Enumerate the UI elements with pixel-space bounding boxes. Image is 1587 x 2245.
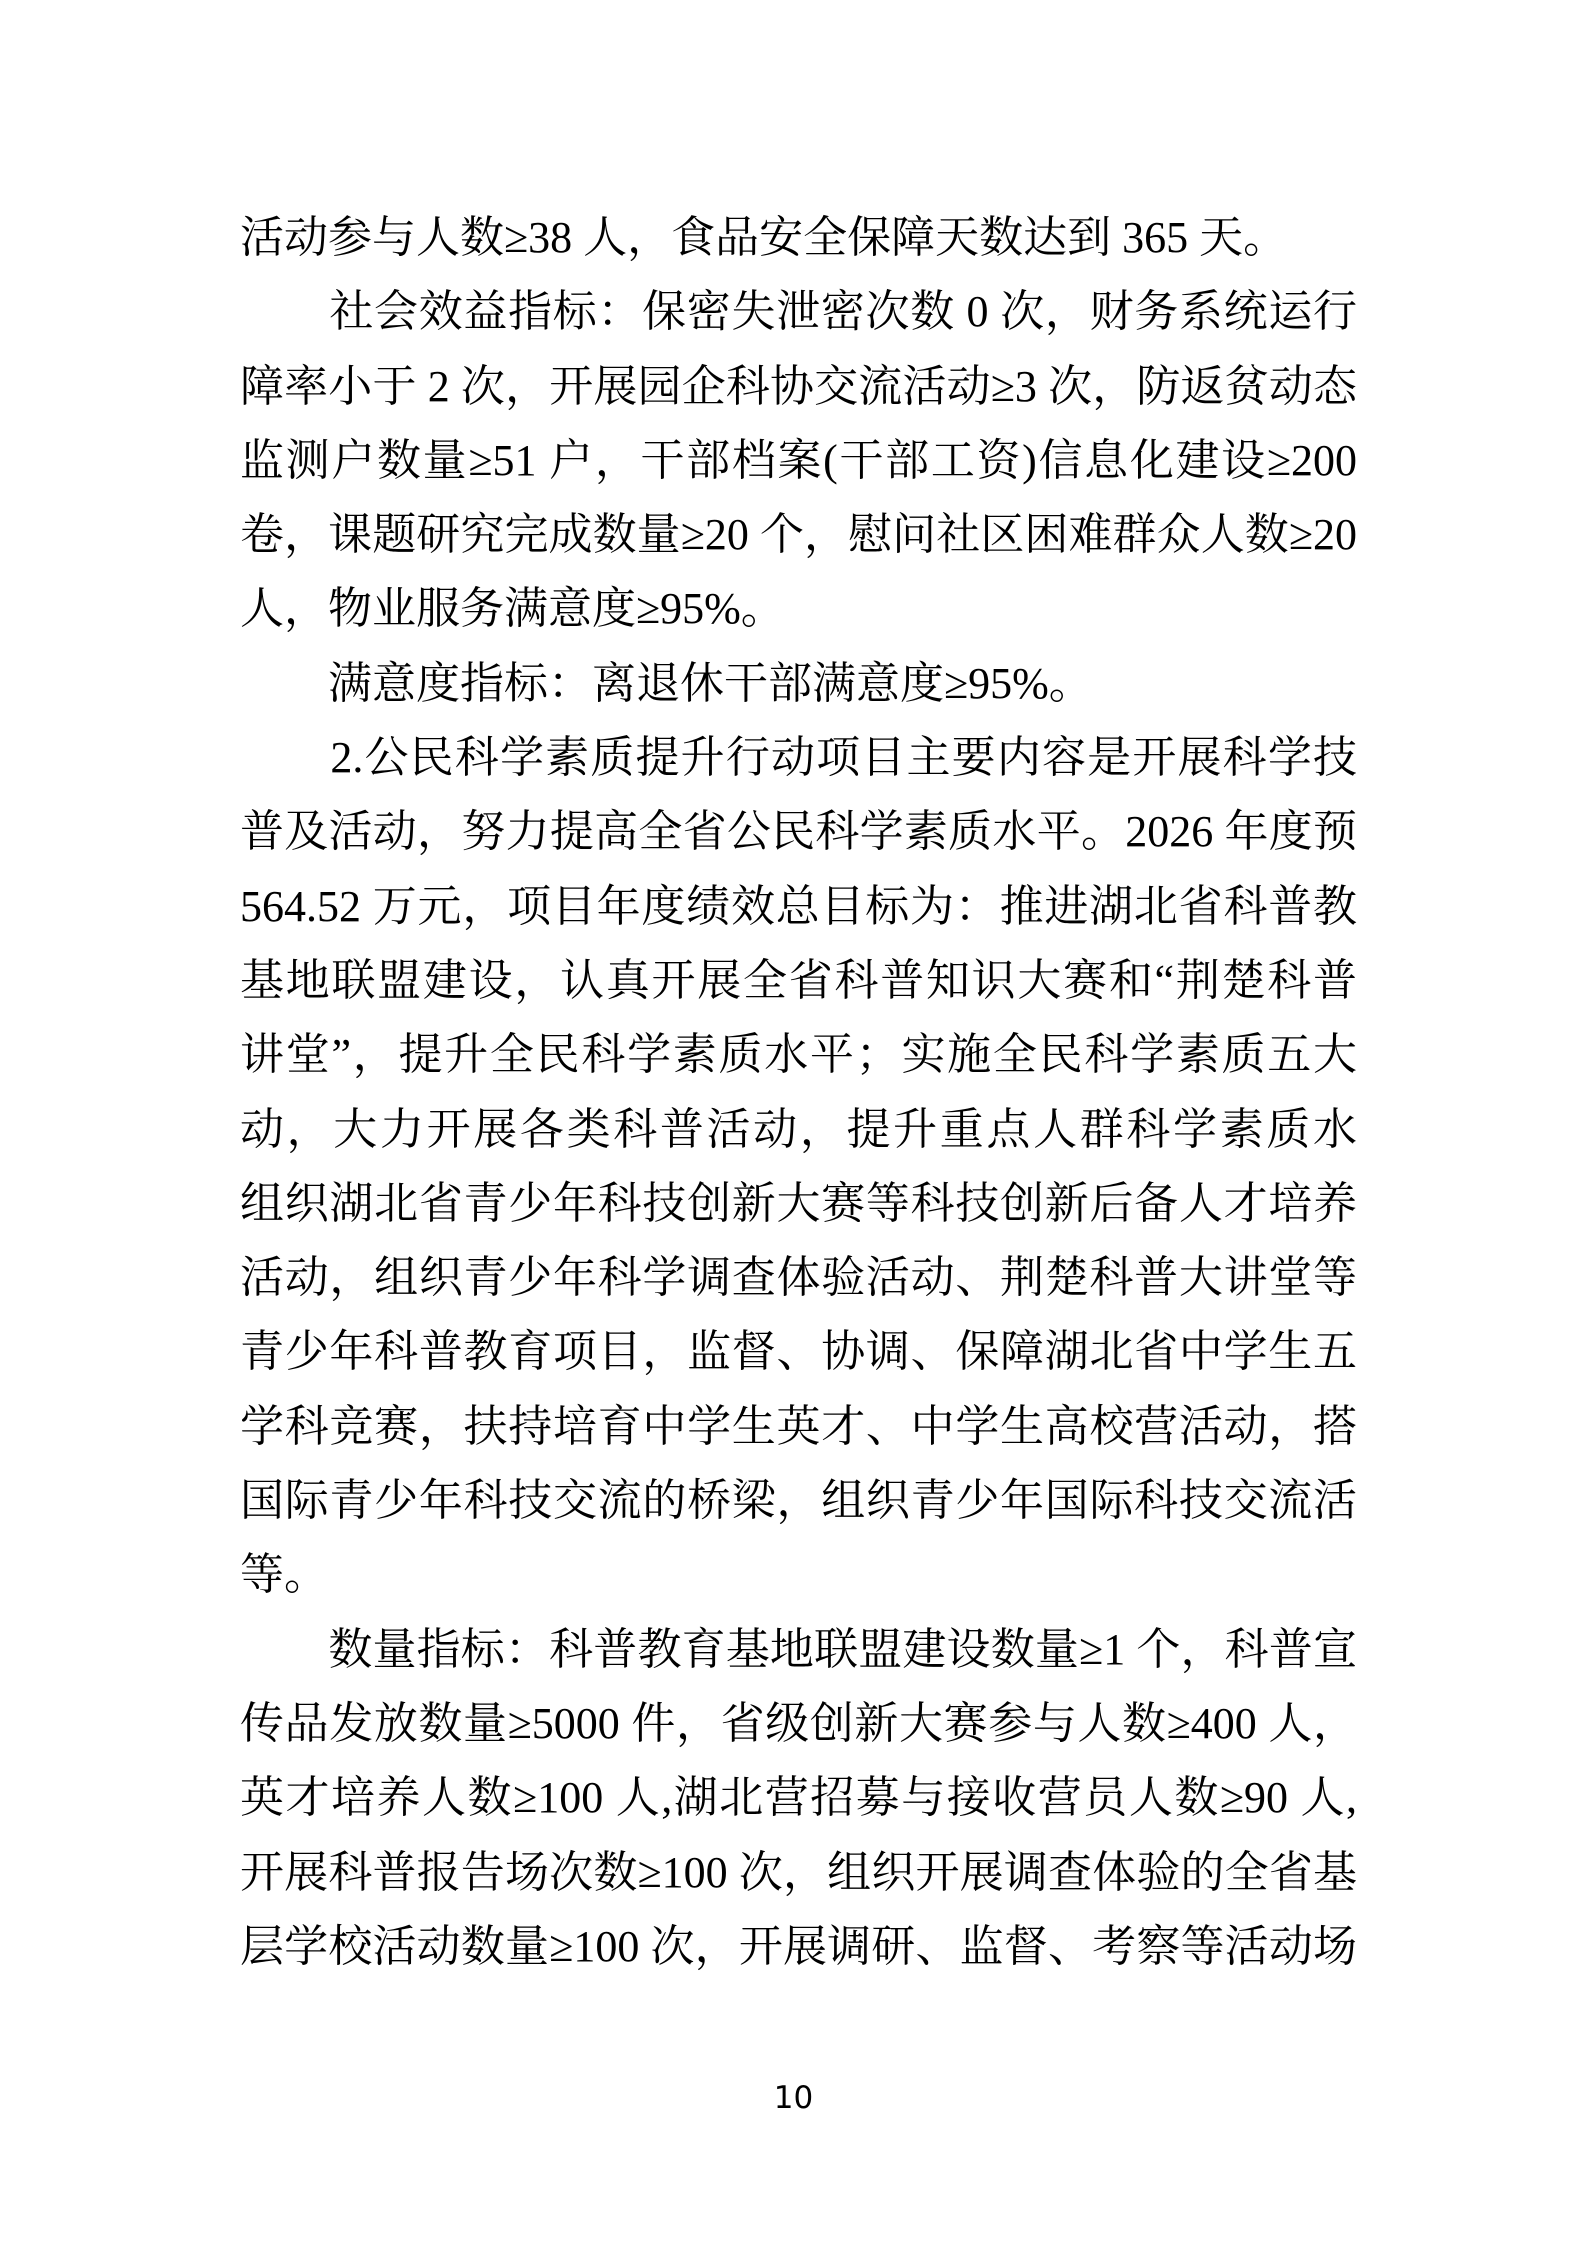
text-line: 讲堂”，提升全民科学素质水平；实施全民科学素质五大行 [240,1018,1357,1092]
text-block: 活动参与人数≥38 人，食品安全保障天数达到 365 天。 社会效益指标：保密失… [240,201,1357,1984]
text-line: 学科竞赛，扶持培育中学生英才、中学生高校营活动，搭建 [240,1390,1357,1464]
text-line: 基地联盟建设，认真开展全省科普知识大赛和“荆楚科普大 [240,944,1357,1018]
text-line: 卷，课题研究完成数量≥20 个，慰问社区困难群众人数≥20 [240,498,1357,572]
text-line: 英才培养人数≥100 人,湖北营招募与接收营员人数≥90 人, [240,1761,1357,1835]
document-page: 活动参与人数≥38 人，食品安全保障天数达到 365 天。 社会效益指标：保密失… [0,0,1587,2245]
text-line: 满意度指标：离退休干部满意度≥95%。 [240,647,1357,721]
text-line: 青少年科普教育项目，监督、协调、保障湖北省中学生五项 [240,1315,1357,1389]
text-line: 动，大力开展各类科普活动，提升重点人群科学素质水平； [240,1093,1357,1167]
text-line: 监测户数量≥51 户，干部档案(干部工资)信息化建设≥200 [240,424,1357,498]
text-line: 传品发放数量≥5000 件，省级创新大赛参与人数≥400 人， [240,1687,1357,1761]
text-line: 组织湖北省青少年科技创新大赛等科技创新后备人才培养 [240,1167,1357,1241]
text-line: 等。 [240,1538,1357,1612]
text-line: 活动，组织青少年科学调查体验活动、荆楚科普大讲堂等省 [240,1241,1357,1315]
text-line: 564.52 万元，项目年度绩效总目标为：推进湖北省科普教育 [240,870,1357,944]
page-number: 10 [0,2076,1587,2120]
text-line: 2.公民科学素质提升行动项目主要内容是开展科学技术 [240,721,1357,795]
text-line: 层学校活动数量≥100 次，开展调研、监督、考察等活动场 [240,1910,1357,1984]
text-line: 普及活动，努力提高全省公民科学素质水平。2026 年度预算 [240,795,1357,869]
text-line: 活动参与人数≥38 人，食品安全保障天数达到 365 天。 [240,201,1357,275]
text-line: 开展科普报告场次数≥100 次，组织开展调查体验的全省基 [240,1836,1357,1910]
text-line: 国际青少年科技交流的桥梁，组织青少年国际科技交流活动 [240,1464,1357,1538]
text-line: 人，物业服务满意度≥95%。 [240,572,1357,646]
text-line: 社会效益指标：保密失泄密次数 0 次，财务系统运行故 [240,275,1357,349]
text-line: 数量指标：科普教育基地联盟建设数量≥1 个，科普宣 [240,1613,1357,1687]
text-line: 障率小于 2 次，开展园企科协交流活动≥3 次，防返贫动态 [240,350,1357,424]
